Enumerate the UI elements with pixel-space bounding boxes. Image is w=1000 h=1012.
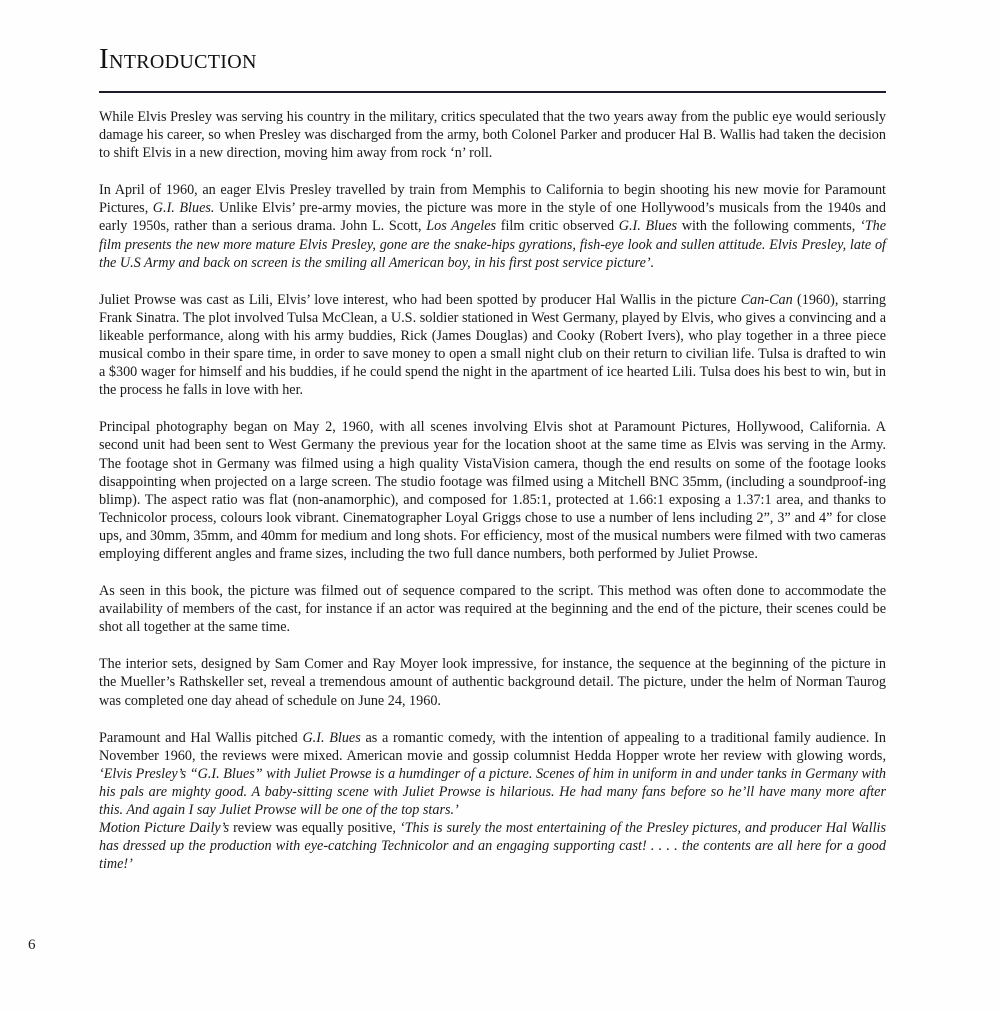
film-title: G.I. Blues — [302, 730, 360, 746]
paragraph-reviews: Paramount and Hal Wallis pitched G.I. Bl… — [99, 729, 886, 819]
publication-name: Los Angeles — [426, 218, 496, 234]
film-title: Can-Can — [741, 292, 793, 308]
publication-name: Motion Picture Daily’s — [99, 820, 229, 836]
hedda-hopper-quote: ‘Elvis Presley’s “G.I. Blues” with Julie… — [99, 766, 886, 818]
article-body: While Elvis Presley was serving his coun… — [99, 108, 886, 892]
film-title: G.I. Blues. — [153, 200, 215, 216]
paragraph-plot: Juliet Prowse was cast as Lili, Elvis’ l… — [99, 291, 886, 400]
paragraph-photography: Principal photography began on May 2, 19… — [99, 418, 886, 563]
page-number: 6 — [28, 937, 36, 954]
paragraph-filming-sequence: As seen in this book, the picture was fi… — [99, 582, 886, 636]
paragraph-motion-picture-daily: Motion Picture Daily’s review was equall… — [99, 819, 886, 873]
paragraph-career-shift: While Elvis Presley was serving his coun… — [99, 108, 886, 162]
book-page: Introduction While Elvis Presley was ser… — [0, 0, 1000, 1012]
heading-rule-divider — [99, 91, 886, 93]
paragraph-production-start: In April of 1960, an eager Elvis Presley… — [99, 181, 886, 271]
film-title: G.I. Blues — [619, 218, 677, 234]
page-title: Introduction — [99, 45, 257, 74]
paragraph-interior-sets: The interior sets, designed by Sam Comer… — [99, 655, 886, 709]
